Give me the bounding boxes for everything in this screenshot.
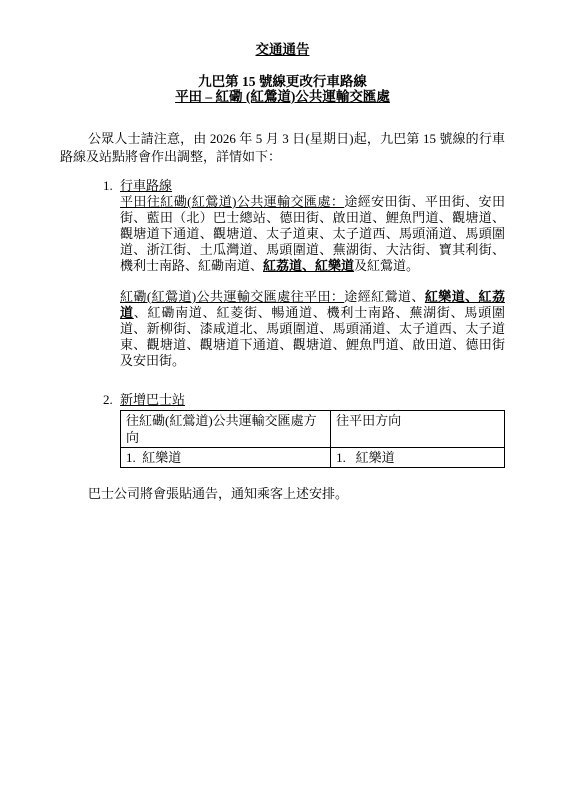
subtitle-route: 九巴第 15 號線更改行車路線 xyxy=(60,74,505,89)
list-number-1: 1. xyxy=(103,178,120,194)
table-header-to-hunghom: 往紅磡(紅鶯道)公共運輸交匯處方向 xyxy=(121,411,331,448)
subtitle-terminus-text: 平田 – 紅磡 (紅鶯道)公共運輸交匯處 xyxy=(175,89,390,104)
table-header-row: 往紅磡(紅鶯道)公共運輸交匯處方向 往平田方向 xyxy=(121,411,505,448)
route-outbound-tail: 及紅鶯道。 xyxy=(354,258,419,273)
route-outbound-lead: 平田往紅磡(紅鶯道)公共運輸交匯處： xyxy=(120,194,344,209)
document-title-text: 交通通告 xyxy=(256,42,310,57)
route-section-heading: 行車路線 xyxy=(120,178,505,194)
subtitle-terminus: 平田 – 紅磡 (紅鶯道)公共運輸交匯處 xyxy=(60,89,505,104)
closing-paragraph: 巴士公司將會張貼通告，通知乘客上述安排。 xyxy=(60,485,505,502)
list-item-new-stops: 2. 新增巴士站 往紅磡(紅鶯道)公共運輸交匯處方向 往平田方向 1. 紅樂道 … xyxy=(60,392,505,468)
route-section: 行車路線 平田往紅磡(紅鶯道)公共運輸交匯處：途經安田街、平田街、安田街、藍田（… xyxy=(120,178,505,369)
subtitle-block: 九巴第 15 號線更改行車路線 平田 – 紅磡 (紅鶯道)公共運輸交匯處 xyxy=(60,74,505,104)
list-number-2: 2. xyxy=(103,392,120,408)
list-item-route: 1. 行車路線 平田往紅磡(紅鶯道)公共運輸交匯處：途經安田街、平田街、安田街、… xyxy=(60,178,505,369)
intro-paragraph: 公眾人士請注意，由 2026 年 5 月 3 日(星期日)起，九巴第 15 號線… xyxy=(60,130,505,165)
route-outbound-emphasis: 紅荔道、紅樂道 xyxy=(263,258,354,273)
route-inbound-body: 途經紅鶯道、 xyxy=(344,289,425,304)
new-stops-heading: 新增巴士站 xyxy=(120,392,505,408)
route-paragraph-inbound: 紅磡(紅鶯道)公共運輸交匯處往平田：途經紅鶯道、紅樂道、紅荔道、紅磡南道、紅菱街… xyxy=(120,289,505,369)
route-inbound-lead: 紅磡(紅鶯道)公共運輸交匯處往平田： xyxy=(120,289,344,304)
traffic-notice-document: 交通通告 九巴第 15 號線更改行車路線 平田 – 紅磡 (紅鶯道)公共運輸交匯… xyxy=(0,0,566,800)
table-cell-stop-pingtin: 1. 紅樂道 xyxy=(331,448,505,468)
document-title: 交通通告 xyxy=(60,42,505,57)
route-inbound-tail: 、紅磡南道、紅菱街、暢通道、機利士南路、蕪湖街、馬頭圍道、新柳街、漆咸道北、馬頭… xyxy=(120,305,505,368)
table-row: 1. 紅樂道 1. 紅樂道 xyxy=(121,448,505,468)
table-header-to-pingtin: 往平田方向 xyxy=(331,411,505,448)
table-cell-stop-hunghom: 1. 紅樂道 xyxy=(121,448,331,468)
new-stops-section: 新增巴士站 往紅磡(紅鶯道)公共運輸交匯處方向 往平田方向 1. 紅樂道 1. … xyxy=(120,392,505,468)
new-stops-table: 往紅磡(紅鶯道)公共運輸交匯處方向 往平田方向 1. 紅樂道 1. 紅樂道 xyxy=(120,410,505,468)
route-paragraph-outbound: 平田往紅磡(紅鶯道)公共運輸交匯處：途經安田街、平田街、安田街、藍田（北）巴士總… xyxy=(120,194,505,274)
